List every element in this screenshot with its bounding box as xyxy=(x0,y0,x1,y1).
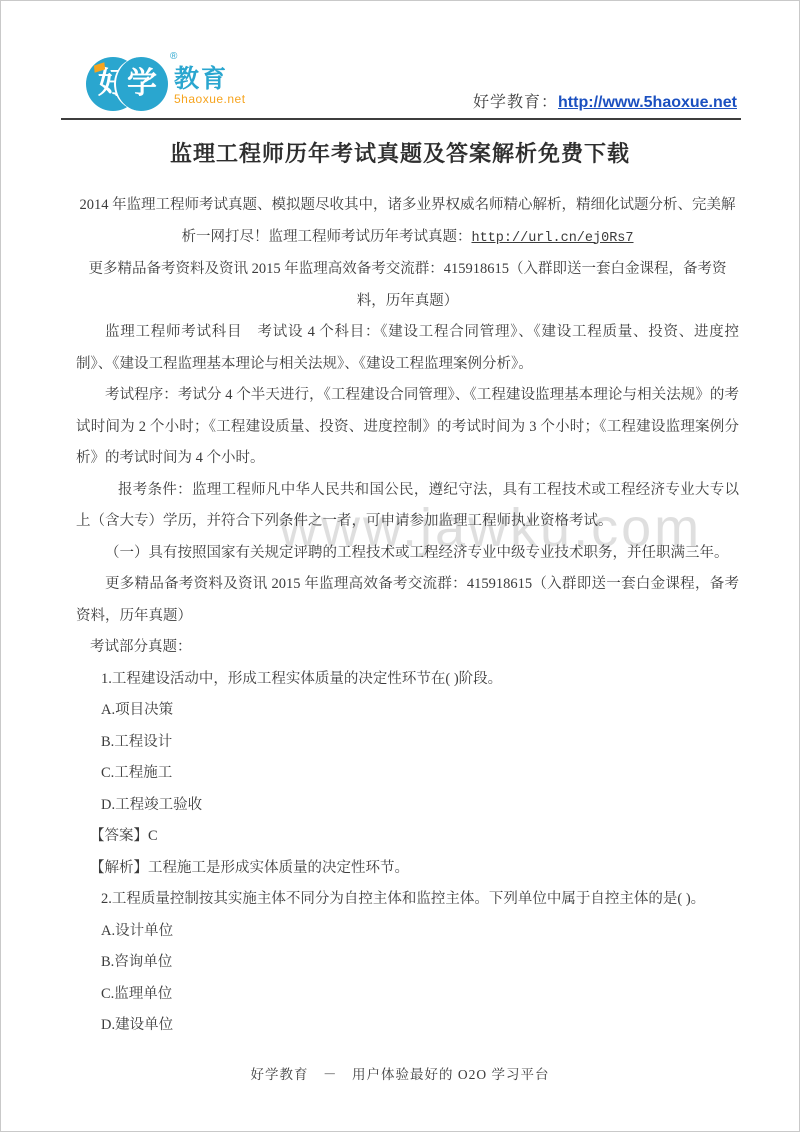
page-title: 监理工程师历年考试真题及答案解析免费下载 xyxy=(61,134,739,174)
question-1-option-d: D.工程竣工验收 xyxy=(76,790,739,822)
question-2-option-c: C.监理单位 xyxy=(76,979,739,1011)
group-promo-paragraph-2: 更多精品备考资料及资讯 2015 年监理高效备考交流群：415918615（入群… xyxy=(76,569,739,632)
question-1-answer: 【答案】C xyxy=(76,821,739,853)
question-2-option-a: A.设计单位 xyxy=(76,916,739,948)
logo-circle-xue: 学 xyxy=(114,57,168,111)
question-2-stem: 2.工程质量控制按其实施主体不同分为自控主体和监控主体。下列单位中属于自控主体的… xyxy=(76,884,739,916)
document-body: 2014 年监理工程师考试真题、模拟题尽收其中，诸多业界权威名师精心解析，精细化… xyxy=(76,190,739,1042)
logo-char-xue: 学 xyxy=(127,67,157,100)
question-1-analysis: 【解析】工程施工是形成实体质量的决定性环节。 xyxy=(76,853,739,885)
site-url-link[interactable]: http://www.5haoxue.net xyxy=(558,94,737,111)
question-1-option-c: C.工程施工 xyxy=(76,758,739,790)
requirements-paragraph: 报考条件：监理工程师凡中华人民共和国公民，遵纪守法，具有工程技术或工程经济专业大… xyxy=(76,475,739,538)
condition-paragraph: （一）具有按照国家有关规定评聘的工程技术或工程经济专业中级专业技术职务，并任职满… xyxy=(76,538,739,570)
section-heading: 考试部分真题： xyxy=(76,632,739,664)
logo-suffix: 教育 xyxy=(174,66,246,92)
haoxue-logo: 好 学 ® 教育 5haoxue.net xyxy=(86,57,246,113)
document-page: 好 学 ® 教育 5haoxue.net 好学教育：http://www.5ha… xyxy=(0,0,800,1132)
question-1-stem: 1.工程建设活动中，形成工程实体质量的决定性环节在( )阶段。 xyxy=(76,664,739,696)
logo-domain: 5haoxue.net xyxy=(174,92,246,106)
intro-text: 2014 年监理工程师考试真题、模拟题尽收其中，诸多业界权威名师精心解析，精细化… xyxy=(79,197,735,245)
question-1-option-a: A.项目决策 xyxy=(76,695,739,727)
logo-text: 教育 5haoxue.net xyxy=(174,57,246,106)
site-label: 好学教育： xyxy=(473,94,558,111)
exam-url-link[interactable]: http://url.cn/ej0Rs7 xyxy=(471,231,633,246)
header-divider xyxy=(61,118,741,120)
group-promo-paragraph: 更多精品备考资料及资讯 2015 年监理高效备考交流群：415918615（入群… xyxy=(76,254,739,317)
header-site-line: 好学教育：http://www.5haoxue.net xyxy=(473,89,737,112)
logo-circles: 好 学 ® xyxy=(86,57,168,111)
header: 好 学 ® 教育 5haoxue.net 好学教育：http://www.5ha… xyxy=(1,1,799,120)
subjects-paragraph: 监理工程师考试科目 考试设 4 个科目：《建设工程合同管理》、《建设工程质量、投… xyxy=(76,317,739,380)
question-1-option-b: B.工程设计 xyxy=(76,727,739,759)
footer-slogan: 好学教育 － 用户体验最好的 O2O 学习平台 xyxy=(1,1063,799,1083)
registered-trademark-icon: ® xyxy=(170,51,177,62)
procedure-paragraph: 考试程序：考试分 4 个半天进行，《工程建设合同管理》、《工程建设监理基本理论与… xyxy=(76,380,739,475)
question-2-option-d: D.建设单位 xyxy=(76,1010,739,1042)
question-2-option-b: B.咨询单位 xyxy=(76,947,739,979)
intro-paragraph: 2014 年监理工程师考试真题、模拟题尽收其中，诸多业界权威名师精心解析，精细化… xyxy=(76,190,739,254)
